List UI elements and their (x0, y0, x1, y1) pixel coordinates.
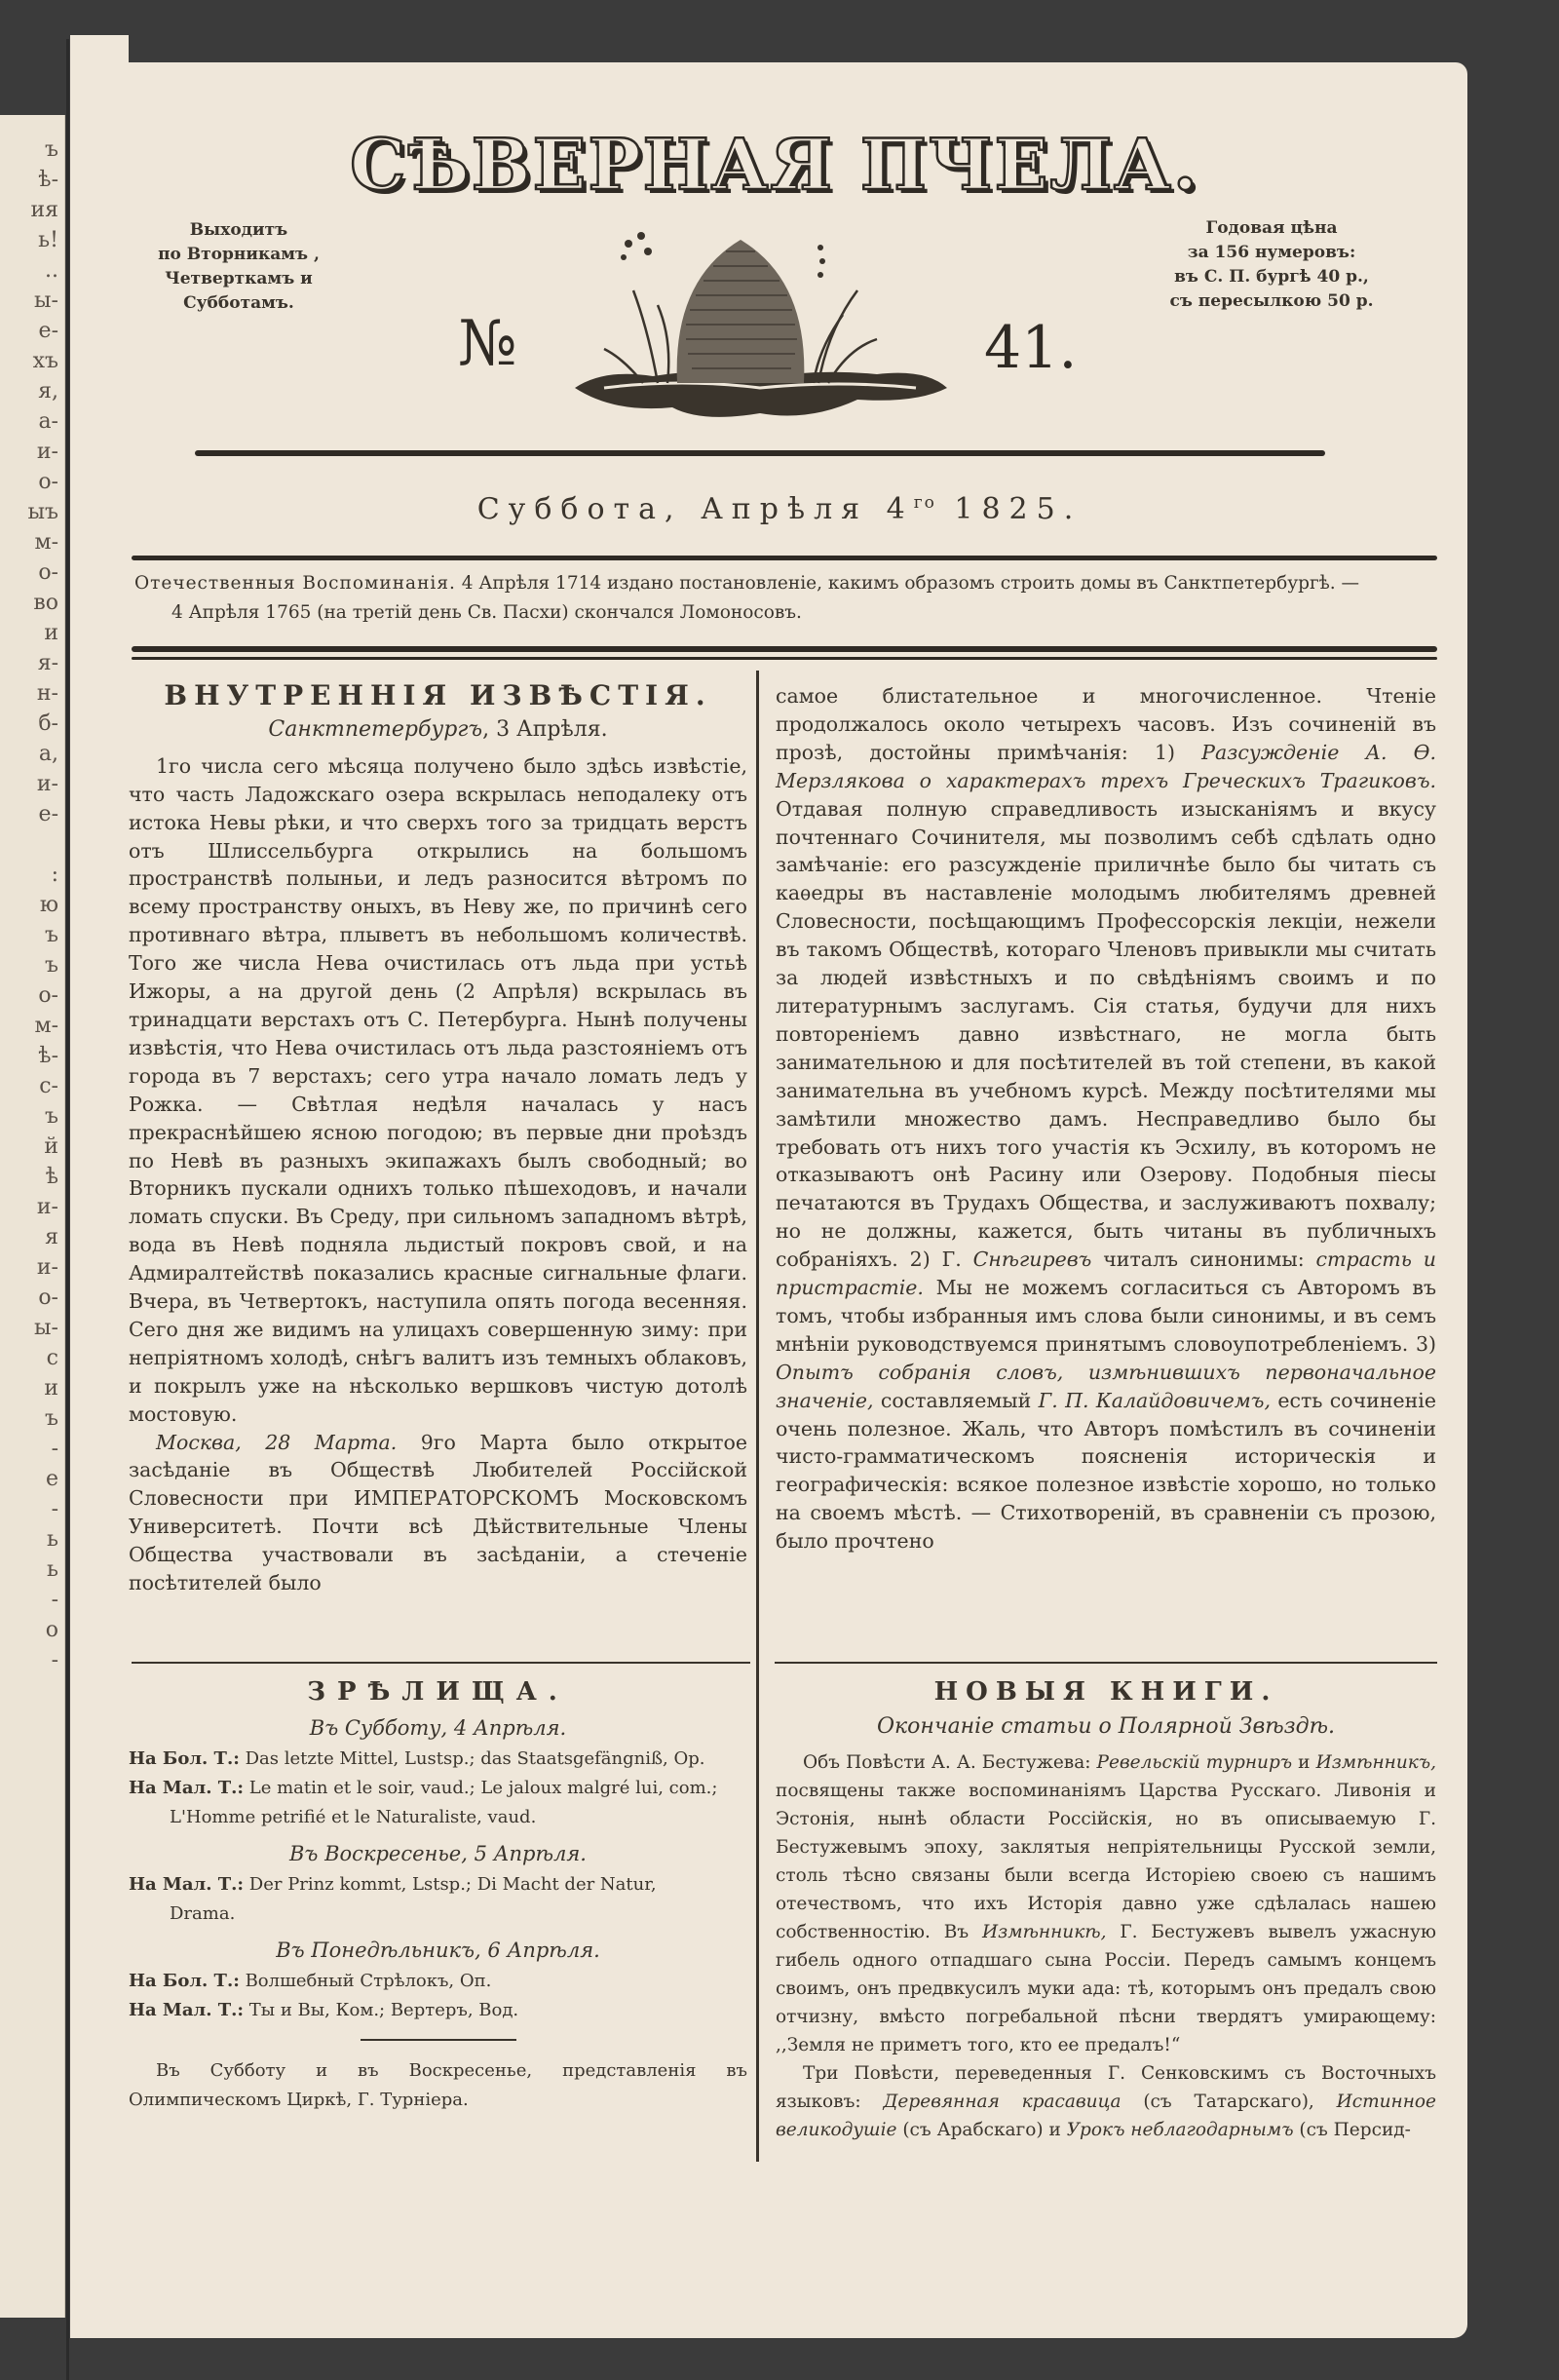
adjacent-page-text: ъ (45, 1403, 58, 1434)
adjacent-page-text: - (52, 1494, 58, 1524)
recollections-label: Отечественныя Воспоминанія. (134, 573, 456, 594)
theatre-entry: На Мал. Т.: Der Prinz kommt, Lstsp.; Di … (129, 1870, 747, 1900)
article-paragraph: Три Повѣсти, переведенныя Г. Сенковскимъ… (776, 2059, 1436, 2144)
schedule-line: Субботамъ. (136, 291, 341, 316)
new-books-article: НОВЫЯ КНИГИ. Окончаніе статьи о Полярной… (776, 1678, 1436, 2144)
play-list: Волшебный Стрѣлокъ, Оп. (240, 1971, 492, 1991)
schedule-line: Четверткамъ и (136, 267, 341, 291)
text-run: Объ Повѣсти А. А. Бестужева: (803, 1752, 1097, 1773)
section-title: ЗРѢЛИЩА. (129, 1678, 747, 1707)
adjacent-page-text: е- (39, 316, 58, 346)
adjacent-page-text: хъ (33, 346, 58, 376)
section-double-rule-top (132, 646, 1437, 652)
section-title: ВНУТРЕННІЯ ИЗВѢСТІЯ. (129, 682, 747, 710)
adjacent-page-text: ѣ- (38, 1041, 58, 1071)
issue-date: Суббота, Апрѣля 4го 1825. (292, 492, 1267, 526)
adjacent-page-text: и- (37, 1192, 58, 1222)
adjacent-page-text: а- (38, 406, 58, 437)
adjacent-page-text: я (45, 1222, 58, 1252)
section-title: НОВЫЯ КНИГИ. (776, 1678, 1436, 1707)
adjacent-page-text: - (52, 1585, 58, 1615)
adjacent-page-text: о- (38, 980, 58, 1011)
adjacent-page-text: е (46, 1464, 58, 1494)
theatre-entry: На Бол. Т.: Das letzte Mittel, Lustsp.; … (129, 1745, 747, 1774)
dateline-city: Санктпетербургъ (268, 717, 482, 742)
adjacent-page-text: ь (47, 1555, 58, 1585)
adjacent-page-fragment: ъѣ-ияь!..ы-е-хъя,а-и-о-ыъм-о-воия-н-б-а,… (0, 115, 65, 2318)
adjacent-page-text: : (52, 860, 58, 890)
beehive-emblem-icon (565, 222, 955, 427)
text-run: Отдавая полную справедливость изысканіям… (776, 797, 1436, 1272)
adjacent-page-text: я- (38, 648, 58, 678)
page-gutter (66, 39, 69, 2380)
author-name: Г. П. Калайдовичемъ, (1039, 1389, 1271, 1412)
adjacent-page-text: ъ (45, 134, 58, 165)
adjacent-page-text: н- (37, 678, 58, 709)
adjacent-page-text: и- (37, 1252, 58, 1283)
page-edge (70, 35, 129, 64)
moscow-text: 9го Марта было открытое засѣданіе въ Общ… (129, 1431, 747, 1595)
adjacent-page-text: ыъ (27, 497, 58, 527)
date-suffix: го (914, 493, 936, 513)
adjacent-page-text: б- (38, 709, 58, 739)
dateline-date: , 3 Апрѣля. (482, 717, 608, 742)
text-run: составляемый (874, 1389, 1039, 1412)
adjacent-page-text: ѣ- (38, 165, 58, 195)
issue-number: 41. (984, 314, 1077, 382)
adjacent-page-text: и- (37, 437, 58, 467)
section-double-rule-bottom (132, 657, 1437, 660)
venue-label: На Мал. Т.: (129, 1778, 244, 1798)
adjacent-page-text: ю (40, 890, 58, 920)
venue-label: На Мал. Т.: (129, 2000, 244, 2020)
work-title: Ревельскій турниръ (1097, 1752, 1293, 1773)
adjacent-page-text: - (52, 1645, 58, 1675)
subscription-price: Годовая цѣна за 156 нумеровъ: въ С. П. б… (1160, 216, 1384, 314)
adjacent-page-text: ия (30, 195, 58, 225)
issue-number-sign: № (458, 308, 517, 380)
text-run: (съ Татарскаго), (1122, 2092, 1337, 2112)
column-divider (756, 671, 767, 2162)
price-line: за 156 нумеровъ: (1160, 241, 1384, 265)
play-list: Der Prinz kommt, Lstsp.; Di Macht der Na… (244, 1874, 657, 1895)
section-rule-right (775, 1662, 1437, 1664)
date-text: Суббота, Апрѣля 4 (477, 492, 914, 526)
text-run: читалъ синонимы: (1091, 1248, 1315, 1271)
play-list: Le matin et le soir, vaud.; Le jaloux ma… (244, 1778, 717, 1798)
adjacent-page-text: с- (39, 1071, 58, 1101)
adjacent-page-text: й (44, 1132, 58, 1162)
theatre-day-heading: Въ Субботу, 4 Апрѣля. (129, 1714, 747, 1743)
text-run: и (1292, 1752, 1315, 1773)
domestic-news-article: ВНУТРЕННІЯ ИЗВѢСТІЯ. Санктпетербургъ, 3 … (129, 682, 747, 1597)
schedule-line: Выходитъ (136, 218, 341, 243)
adjacent-page-text: м- (34, 1011, 58, 1041)
adjacent-page-text: ы- (34, 1313, 58, 1343)
work-title: Урокъ неблагодарнымъ (1067, 2120, 1294, 2140)
adjacent-page-text: ъ (45, 950, 58, 980)
author-name: Снѣгиревъ (973, 1248, 1092, 1271)
adjacent-page-text: а, (39, 739, 58, 769)
work-title: Измѣнникъ, (1316, 1752, 1436, 1773)
adjacent-page-text: о- (38, 467, 58, 497)
national-recollections: Отечественныя Воспоминанія. 4 Апрѣля 171… (134, 569, 1460, 628)
price-line: въ С. П. бургѣ 40 р., (1160, 265, 1384, 289)
masthead-rule (195, 450, 1325, 456)
adjacent-page-text: и (44, 618, 58, 648)
adjacent-page-text: м- (34, 527, 58, 557)
dateline-rule (132, 556, 1437, 560)
play-list: Ты и Вы, Ком.; Вертеръ, Вод. (244, 2000, 518, 2020)
date-year: 1825. (936, 492, 1082, 526)
adjacent-page-text: о (46, 1615, 58, 1645)
article-paragraph: самое блистательное и многочисленное. Чт… (776, 682, 1436, 1555)
text-run: посвящены также воспоминаніямъ Царства Р… (776, 1781, 1436, 1942)
theatre-entry-continued: L'Homme petrifié et le Naturaliste, vaud… (129, 1803, 747, 1832)
schedule-line: по Вторникамъ , (136, 243, 341, 267)
adjacent-page-text: о- (38, 1283, 58, 1313)
article-paragraph: 1го числа сего мѣсяца получено было здѣс… (129, 752, 747, 1429)
theatre-day-heading: Въ Воскресенье, 5 Апрѣля. (129, 1840, 747, 1868)
theatre-entry: На Бол. Т.: Волшебный Стрѣлокъ, Оп. (129, 1967, 747, 1996)
section-rule-left (132, 1662, 750, 1664)
adjacent-page-text: с (47, 1343, 58, 1373)
adjacent-page-text: ь! (38, 225, 58, 255)
adjacent-page-text: .. (45, 255, 58, 286)
adjacent-page-text: во (33, 588, 58, 618)
theatre-listings: ЗРѢЛИЩА. Въ Субботу, 4 Апрѣля. На Бол. Т… (129, 1678, 747, 2115)
adjacent-page-text: ь (47, 1524, 58, 1555)
article-paragraph: Объ Повѣсти А. А. Бестужева: Ревельскій … (776, 1748, 1436, 2059)
adjacent-page-text: ы- (34, 286, 58, 316)
text-run: (съ Арабскаго) и (896, 2120, 1066, 2140)
recollections-line-1: 4 Апрѣля 1714 издано постановленіе, каки… (456, 573, 1359, 594)
work-title: Деревянная красавица (883, 2092, 1121, 2112)
recollections-line-2: 4 Апрѣля 1765 (на третій день Св. Пасхи)… (134, 598, 1460, 628)
play-list: Das letzte Mittel, Lustsp.; das Staatsge… (240, 1748, 705, 1769)
text-run: есть сочиненіе очень полезное. Жаль, что… (776, 1389, 1436, 1554)
article-dateline: Санктпетербургъ, 3 Апрѣля. (129, 716, 747, 745)
dateline-moscow: Москва, 28 Марта. (156, 1431, 397, 1454)
adjacent-page-text: и (44, 1373, 58, 1403)
adjacent-page-text: е- (39, 799, 58, 829)
newspaper-title: СѢВЕРНАЯ ПЧЕЛА. (346, 123, 1203, 206)
adjacent-page-text: ѣ (46, 1162, 58, 1192)
work-title: Измѣнникѣ, (982, 1922, 1106, 1942)
short-rule (361, 2039, 516, 2041)
adjacent-page-text: о- (38, 557, 58, 588)
theatre-entry: На Мал. Т.: Le matin et le soir, vaud.; … (129, 1774, 747, 1803)
venue-label: На Мал. Т.: (129, 1874, 244, 1895)
price-line: съ пересылкою 50 р. (1160, 289, 1384, 314)
publication-schedule: Выходитъ по Вторникамъ , Четверткамъ и С… (136, 218, 341, 316)
theatre-entry: На Мал. Т.: Ты и Вы, Ком.; Вертеръ, Вод. (129, 1996, 747, 2025)
adjacent-page-text: - (52, 1434, 58, 1464)
circus-note: Въ Субботу и въ Воскресенье, представлен… (129, 2056, 747, 2115)
adjacent-page-text: ъ (45, 920, 58, 950)
domestic-news-continuation: самое блистательное и многочисленное. Чт… (776, 682, 1436, 1555)
adjacent-page-text: и- (37, 769, 58, 799)
article-paragraph: Москва, 28 Марта. 9го Марта было открыто… (129, 1429, 747, 1597)
adjacent-page-text: я, (38, 376, 58, 406)
section-subtitle: Окончаніе статьи о Полярной Звѣздѣ. (776, 1712, 1436, 1741)
adjacent-page-text: ъ (45, 1101, 58, 1132)
price-line: Годовая цѣна (1160, 216, 1384, 241)
theatre-day-heading: Въ Понедѣльникъ, 6 Апрѣля. (129, 1937, 747, 1965)
venue-label: На Бол. Т.: (129, 1971, 240, 1991)
text-run: (съ Персид- (1294, 2120, 1411, 2140)
theatre-entry-continued: Drama. (129, 1900, 747, 1929)
venue-label: На Бол. Т.: (129, 1748, 240, 1769)
